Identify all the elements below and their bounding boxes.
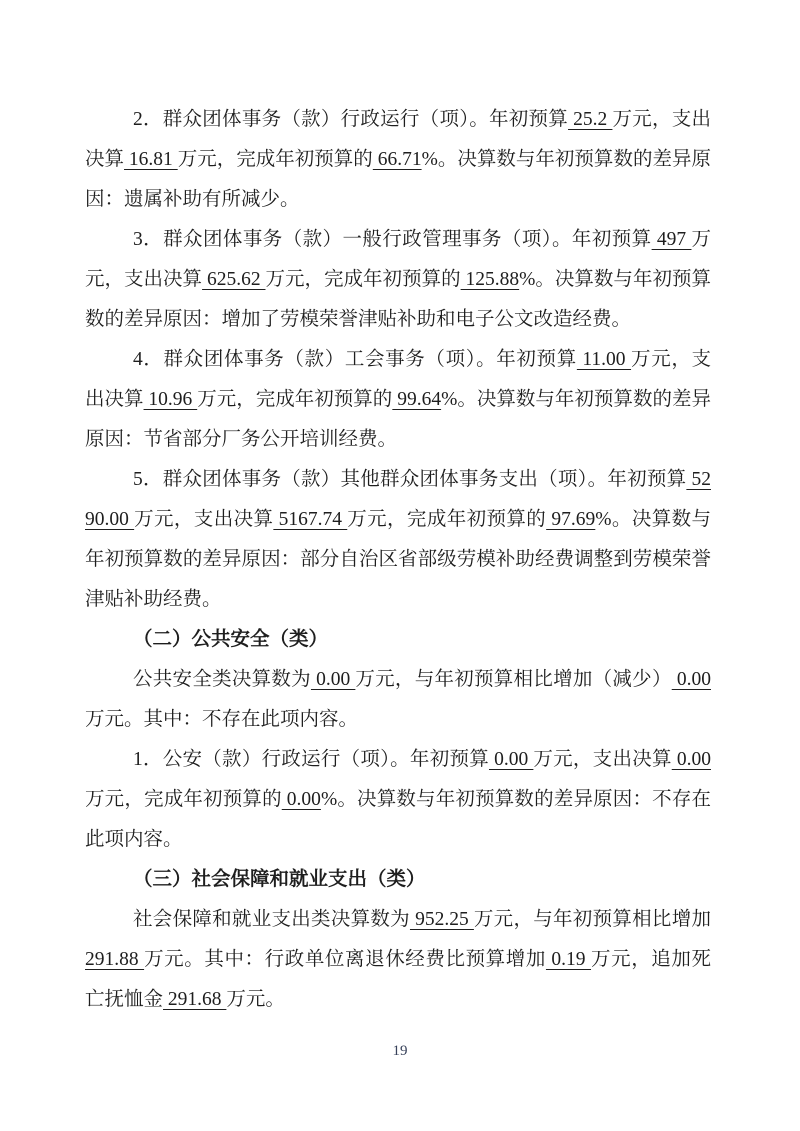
underlined-value: 291.68 [163,989,226,1010]
underlined-value: 10.96 [144,389,198,410]
para-public-security-summary: 公共安全类决算数为 0.00 万元，与年初预算相比增加（减少） 0.00 万元。… [85,660,711,740]
text-run: 万元，完成年初预算的 [197,389,392,410]
text-run: 万元，支出决算 [533,749,671,770]
para-mass-org-union-affairs: 4．群众团体事务（款）工会事务（项）。年初预算 11.00 万元，支出决算 10… [85,340,711,460]
text-run: 万元，完成年初预算的 [178,149,373,170]
underlined-value: 0.19 [546,949,591,970]
document-page: 2．群众团体事务（款）行政运行（项）。年初预算 25.2 万元，支出决算 16.… [0,0,800,1131]
document-body: 2．群众团体事务（款）行政运行（项）。年初预算 25.2 万元，支出决算 16.… [85,100,711,1020]
text-run: 万元，与年初预算相比增加 [474,909,711,930]
text-run: 万元，支出决算 [134,509,273,530]
text-run: 4．群众团体事务（款）工会事务（项）。年初预算 [133,349,577,370]
underlined-value: 97.69 [546,509,595,530]
para-social-security-summary: 社会保障和就业支出类决算数为 952.25 万元，与年初预算相比增加 291.8… [85,900,711,1020]
underlined-value: 625.62 [202,269,265,290]
text-run: 万元。其中：不存在此项内容。 [85,709,358,730]
underlined-value: 0.00 [282,789,321,810]
para-mass-org-admin-operation: 2．群众团体事务（款）行政运行（项）。年初预算 25.2 万元，支出决算 16.… [85,100,711,220]
page-number: 19 [0,1043,800,1060]
text-run: 万元。其中：行政单位离退休经费比预算增加 [144,949,546,970]
para-mass-org-other-expense: 5．群众团体事务（款）其他群众团体事务支出（项）。年初预算 5290.00 万元… [85,460,711,620]
underlined-value: 66.71 [373,149,422,170]
underlined-value: 25.2 [568,109,612,130]
text-run: 万元，完成年初预算的 [347,509,546,530]
underlined-value: 497 [652,229,692,250]
heading-public-security: （二）公共安全（类） [85,620,711,660]
underlined-value: 125.88 [461,269,520,290]
underlined-value: 291.88 [85,949,144,970]
underlined-value: 0.00 [672,749,711,770]
text-run: 5．群众团体事务（款）其他群众团体事务支出（项）。年初预算 [133,469,686,490]
underlined-value: 952.25 [410,909,474,930]
text-run: 社会保障和就业支出类决算数为 [133,909,410,930]
underlined-value: 0.00 [489,749,533,770]
underlined-value: 0.00 [672,669,711,690]
para-public-security-admin-operation: 1．公安（款）行政运行（项）。年初预算 0.00 万元，支出决算 0.00 万元… [85,740,711,860]
text-run: 万元，完成年初预算的 [265,269,460,290]
underlined-value: 5167.74 [273,509,347,530]
text-run: 万元，完成年初预算的 [85,789,282,810]
text-run: 公共安全类决算数为 [133,669,311,690]
text-run: 1．公安（款）行政运行（项）。年初预算 [133,749,489,770]
underlined-value: 0.00 [311,669,355,690]
heading-social-security-employment: （三）社会保障和就业支出（类） [85,860,711,900]
underlined-value: 99.64 [392,389,441,410]
text-run: 万元。 [226,989,285,1010]
text-run: 万元，与年初预算相比增加（减少） [355,669,671,690]
underlined-value: 16.81 [124,149,178,170]
text-run: 2．群众团体事务（款）行政运行（项）。年初预算 [133,109,568,130]
para-mass-org-general-admin-affairs: 3．群众团体事务（款）一般行政管理事务（项）。年初预算 497 万元，支出决算 … [85,220,711,340]
underlined-value: 11.00 [577,349,631,370]
text-run: 3．群众团体事务（款）一般行政管理事务（项）。年初预算 [133,229,652,250]
